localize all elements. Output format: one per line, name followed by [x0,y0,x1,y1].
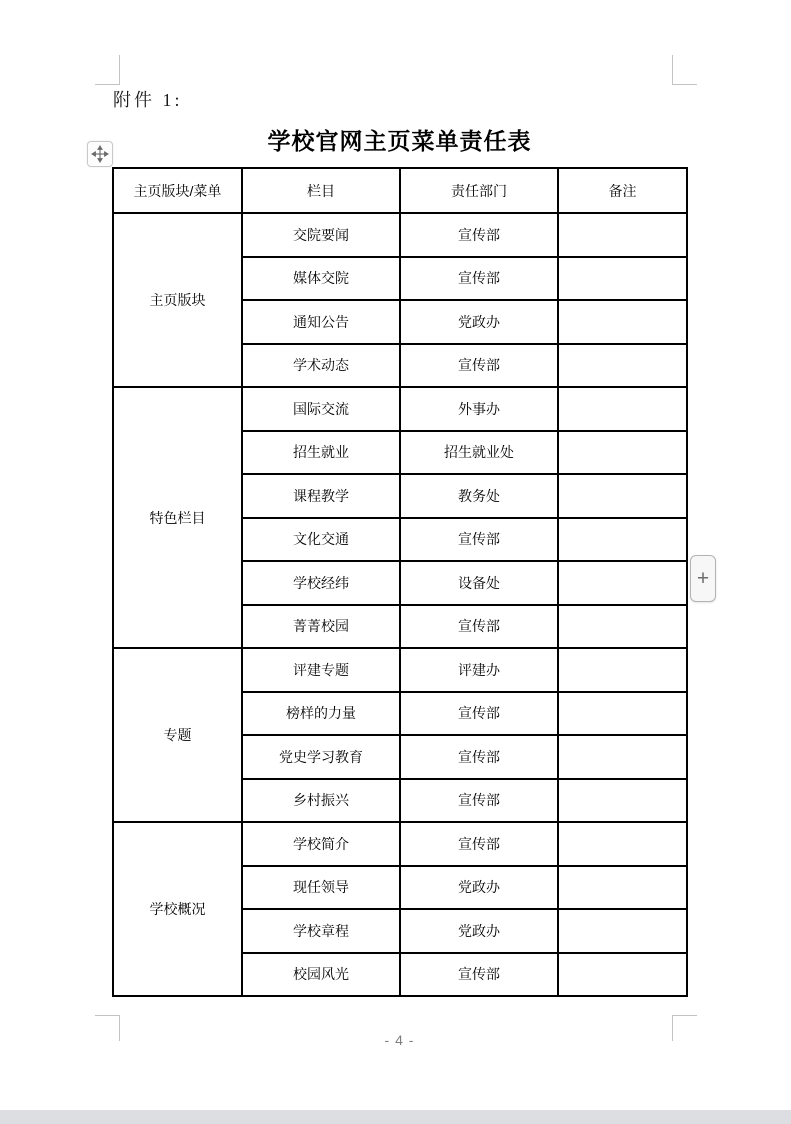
remark-cell [558,735,687,779]
department-cell: 党政办 [400,909,558,953]
department-cell: 宣传部 [400,213,558,257]
column-cell: 学校经纬 [242,561,400,605]
column-cell: 党史学习教育 [242,735,400,779]
column-cell: 乡村振兴 [242,779,400,823]
department-cell: 宣传部 [400,344,558,388]
department-cell: 宣传部 [400,735,558,779]
remark-cell [558,692,687,736]
remark-cell [558,518,687,562]
section-cell: 专题 [113,648,242,822]
department-cell: 外事办 [400,387,558,431]
department-cell: 宣传部 [400,257,558,301]
department-cell: 宣传部 [400,518,558,562]
move-arrows-icon [91,145,109,163]
remark-cell [558,953,687,997]
header-department: 责任部门 [400,168,558,213]
table-body: 主页版块交院要闻宣传部媒体交院宣传部通知公告党政办学术动态宣传部特色栏目国际交流… [113,213,687,996]
section-cell: 学校概况 [113,822,242,996]
column-cell: 交院要闻 [242,213,400,257]
department-cell: 党政办 [400,300,558,344]
section-cell: 特色栏目 [113,387,242,648]
attachment-label: 附件 1: [113,86,183,112]
table-header-row: 主页版块/菜单 栏目 责任部门 备注 [113,168,687,213]
document-page: { "document": { "attachment_label": "附件 … [0,0,791,1124]
column-cell: 国际交流 [242,387,400,431]
header-remark: 备注 [558,168,687,213]
remark-cell [558,431,687,475]
margin-crop-mark-top-left [95,55,120,85]
remark-cell [558,779,687,823]
remark-cell [558,822,687,866]
column-cell: 现任领导 [242,866,400,910]
remark-cell [558,866,687,910]
plus-icon: + [697,568,709,589]
remark-cell [558,344,687,388]
column-cell: 校园风光 [242,953,400,997]
section-cell: 主页版块 [113,213,242,387]
table-row: 特色栏目国际交流外事办 [113,387,687,431]
remark-cell [558,648,687,692]
header-section-menu: 主页版块/菜单 [113,168,242,213]
column-cell: 招生就业 [242,431,400,475]
table-row: 学校概况学校简介宣传部 [113,822,687,866]
column-cell: 通知公告 [242,300,400,344]
margin-crop-mark-top-right [672,55,697,85]
department-cell: 招生就业处 [400,431,558,475]
remark-cell [558,605,687,649]
column-cell: 媒体交院 [242,257,400,301]
page-number: - 4 - [113,1032,686,1048]
plus-button[interactable]: + [690,555,716,602]
column-cell: 学校简介 [242,822,400,866]
department-cell: 宣传部 [400,605,558,649]
department-cell: 宣传部 [400,779,558,823]
page-title: 学校官网主页菜单责任表 [113,123,686,156]
column-cell: 菁菁校园 [242,605,400,649]
table-move-handle[interactable] [87,141,113,167]
remark-cell [558,257,687,301]
department-cell: 设备处 [400,561,558,605]
remark-cell [558,474,687,518]
table-row: 专题评建专题评建办 [113,648,687,692]
remark-cell [558,909,687,953]
department-cell: 教务处 [400,474,558,518]
header-column: 栏目 [242,168,400,213]
responsibility-table: 主页版块/菜单 栏目 责任部门 备注 主页版块交院要闻宣传部媒体交院宣传部通知公… [112,167,688,997]
department-cell: 宣传部 [400,692,558,736]
table-row: 主页版块交院要闻宣传部 [113,213,687,257]
department-cell: 党政办 [400,866,558,910]
page-end-strip [0,1110,791,1124]
column-cell: 评建专题 [242,648,400,692]
department-cell: 评建办 [400,648,558,692]
column-cell: 学校章程 [242,909,400,953]
department-cell: 宣传部 [400,822,558,866]
column-cell: 文化交通 [242,518,400,562]
remark-cell [558,387,687,431]
remark-cell [558,213,687,257]
remark-cell [558,300,687,344]
department-cell: 宣传部 [400,953,558,997]
column-cell: 课程教学 [242,474,400,518]
column-cell: 榜样的力量 [242,692,400,736]
remark-cell [558,561,687,605]
column-cell: 学术动态 [242,344,400,388]
